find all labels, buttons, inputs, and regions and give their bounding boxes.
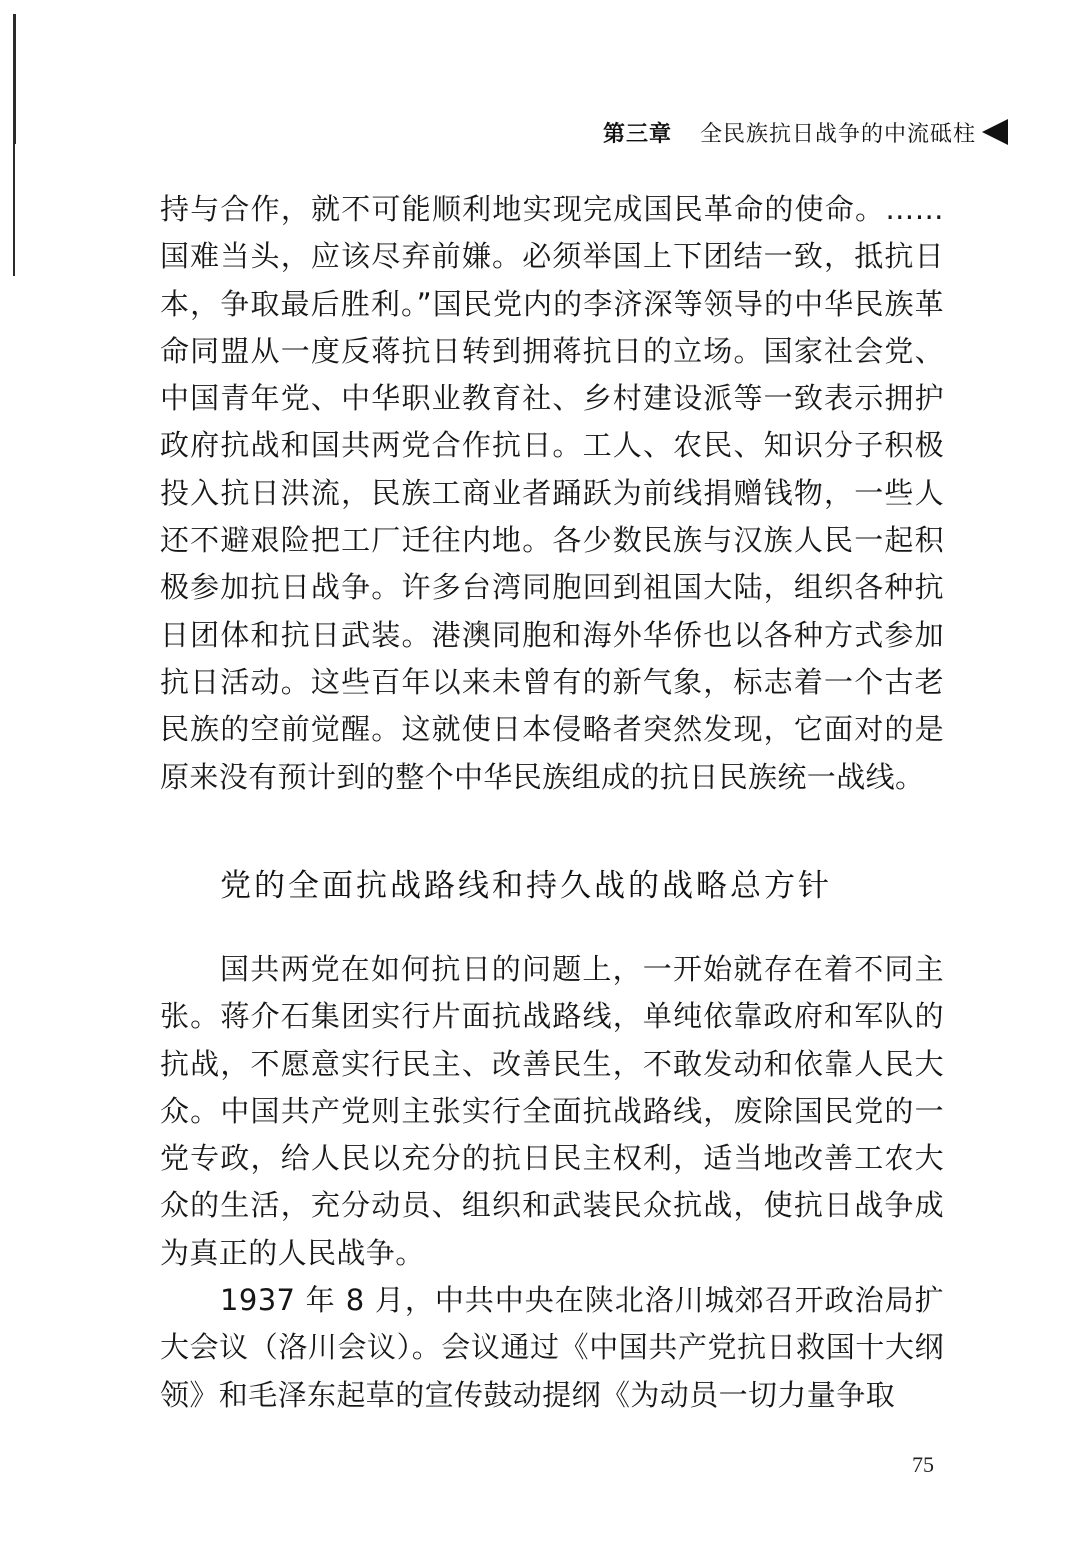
page-number: 75	[912, 1452, 934, 1478]
body-text-continued: 持与合作，就不可能顺利地实现完成国民革命的使命。……国难当头，应该尽弃前嫌。必须…	[160, 186, 944, 801]
chapter-title: 全民族抗日战争的中流砥柱	[700, 117, 976, 148]
paragraph: 1937 年 8 月，中共中央在陕北洛川城郊召开政治局扩大会议（洛川会议）。会议…	[160, 1277, 944, 1419]
chapter-number: 第三章	[603, 117, 672, 148]
scan-edge-line-thick	[13, 14, 16, 144]
left-triangle-marker-icon	[982, 119, 1008, 145]
section-heading: 党的全面抗战路线和持久战的战略总方针	[220, 860, 940, 905]
body-text-section: 国共两党在如何抗日的问题上，一开始就存在着不同主张。蒋介石集团实行片面抗战路线，…	[160, 946, 944, 1419]
paragraph: 国共两党在如何抗日的问题上，一开始就存在着不同主张。蒋介石集团实行片面抗战路线，…	[160, 946, 944, 1277]
paragraph: 持与合作，就不可能顺利地实现完成国民革命的使命。……国难当头，应该尽弃前嫌。必须…	[160, 186, 944, 801]
running-head: 第三章 全民族抗日战争的中流砥柱	[603, 116, 976, 148]
